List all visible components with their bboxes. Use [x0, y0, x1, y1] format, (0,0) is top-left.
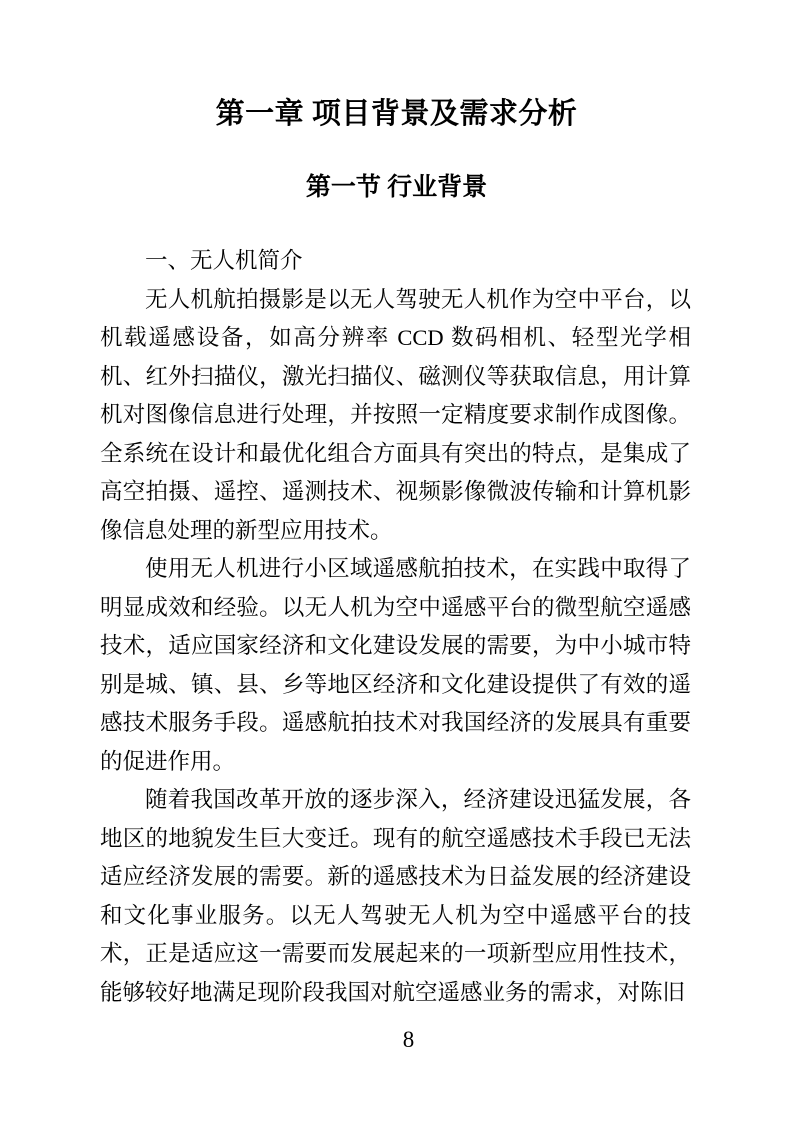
paragraph-uav-intro: 无人机航拍摄影是以无人驾驶无人机作为空中平台，以机载遥感设备，如高分辨率 CCD… — [100, 281, 691, 551]
subsection-heading: 一、无人机简介 — [100, 242, 691, 281]
paragraph-practice-results: 使用无人机进行小区域遥感航拍技术，在实践中取得了明显成效和经验。以无人机为空中遥… — [100, 550, 691, 781]
section-title: 第一节 行业背景 — [0, 172, 793, 204]
paragraph-reform-development: 随着我国改革开放的逐步深入，经济建设迅猛发展，各地区的地貌发生巨大变迁。现有的航… — [100, 781, 691, 1012]
document-page: 第一章 项目背景及需求分析 第一节 行业背景 一、无人机简介 无人机航拍摄影是以… — [0, 0, 793, 1122]
page-number: 8 — [12, 1026, 793, 1054]
chapter-title: 第一章 项目背景及需求分析 — [0, 96, 793, 132]
document-body: 一、无人机简介 无人机航拍摄影是以无人驾驶无人机作为空中平台，以机载遥感设备，如… — [100, 242, 691, 1012]
